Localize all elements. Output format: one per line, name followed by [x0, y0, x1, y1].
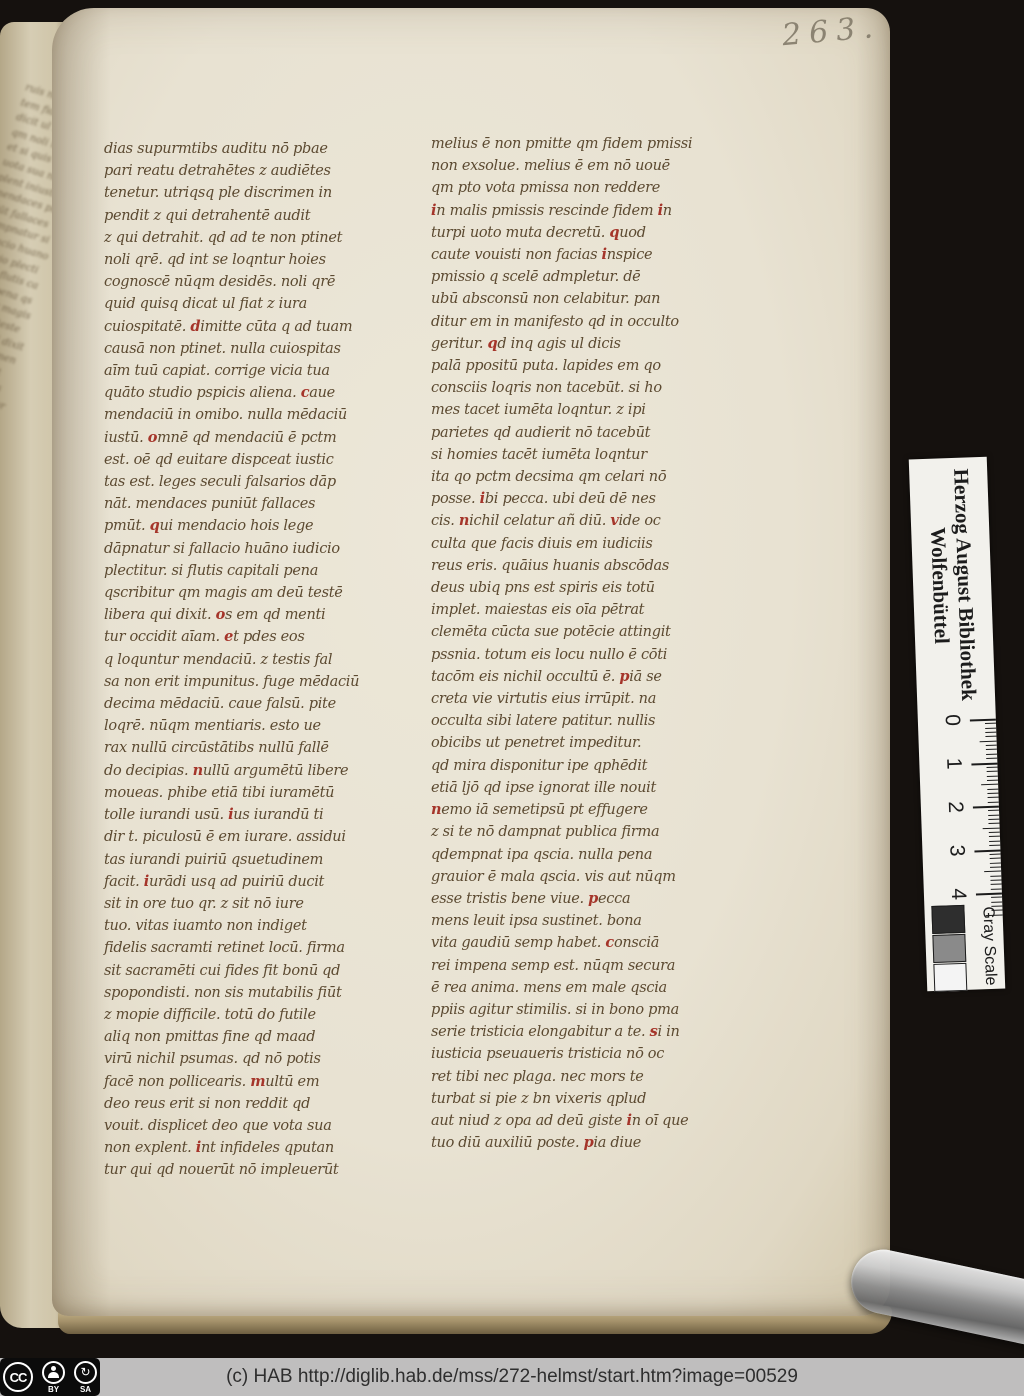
manuscript-line: dias supurmtibs auditu nō pbae	[104, 138, 404, 160]
manuscript-line: geritur. qd inq agis ul dicis	[431, 333, 757, 355]
cc-sa: ↻ SA	[74, 1361, 97, 1394]
ruler-tick	[987, 788, 998, 789]
manuscript-line: deo reus erit si non reddit qd	[104, 1093, 404, 1115]
rubricated-initial: m	[250, 1073, 265, 1090]
manuscript-line: sit in ore tuo qr. z sit nō iure	[104, 893, 404, 915]
manuscript-line: pendit z qui detrahentē audit	[104, 205, 404, 227]
manuscript-line: etiā ljō qd ipse ignorat ille nouit	[431, 777, 757, 799]
manuscript-line: tuo. vitas iuamto non indiget	[104, 915, 404, 937]
ruler-tick	[987, 793, 998, 794]
manuscript-line: tur occidit aīam. et pdes eos	[104, 626, 404, 648]
cc-logo: CC	[3, 1362, 33, 1392]
manuscript-line: rei impena semp est. nūqm secura	[431, 955, 757, 977]
manuscript-line: mes tacet iumēta loqntur. z ipi	[431, 399, 757, 421]
cc-by-person-icon	[42, 1361, 65, 1384]
rubricated-initial: i	[196, 1139, 201, 1156]
manuscript-line: palā ppositū puta. lapides em qo	[431, 355, 757, 377]
ruler-tick	[990, 862, 1001, 863]
rubricated-initial: i	[431, 202, 436, 219]
gray-scale-swatch	[932, 934, 966, 963]
manuscript-line: z qui detrahit. qd ad te non ptinet	[104, 227, 404, 249]
cc-by: BY	[42, 1361, 65, 1394]
ruler-tick	[986, 745, 997, 746]
rubricated-initial: i	[626, 1112, 631, 1129]
ruler-tick	[970, 719, 996, 722]
manuscript-line: nāt. mendaces puniūt fallaces	[104, 493, 404, 515]
manuscript-line: parietes qd audierit nō tacebūt	[431, 422, 757, 444]
manuscript-line: causā non ptinet. nulla cuiospitas	[104, 338, 404, 360]
ruler-tick	[988, 819, 999, 820]
manuscript-line: z si te nō dampnat publica firma	[431, 821, 757, 843]
manuscript-line: loqrē. nūqm mentiaris. esto ue	[104, 715, 404, 737]
ruler-tick	[989, 832, 1000, 833]
manuscript-line: aut niud z opa ad deū giste in oī que	[431, 1110, 757, 1132]
manuscript-line: plectitur. si flutis capitali pena	[104, 560, 404, 582]
rubricated-initial: n	[431, 801, 441, 818]
rubricated-initial: i	[228, 806, 233, 823]
page-holder-clip	[845, 1244, 1024, 1350]
manuscript-line: clemēta cūcta sue potēcie attingit	[431, 621, 757, 643]
manuscript-line: sa non erit impunitus. fuge mēdaciū	[104, 671, 404, 693]
manuscript-line: fidelis sacramti retinet locū. firma	[104, 937, 404, 959]
cm-ruler-scale: 01234	[918, 711, 1003, 906]
manuscript-line: do decipias. nullū argumētū libere	[104, 760, 404, 782]
ruler-tick	[973, 806, 999, 809]
ruler-tick	[976, 893, 1002, 896]
ruler-tick	[987, 775, 998, 776]
manuscript-line: ita qo pctm decsima qm celari nō	[431, 466, 757, 488]
rubricated-initial: e	[224, 628, 233, 645]
manuscript-line: est. oē qd euitare dispceat iustic	[104, 449, 404, 471]
ruler-tick	[987, 766, 998, 767]
manuscript-line: culta que facis diuis em iudiciis	[431, 533, 757, 555]
gray-scale-swatch	[931, 905, 965, 934]
ruler-tick	[980, 740, 997, 742]
manuscript-line: implet. maiestas eis oīa pētrat	[431, 599, 757, 621]
gray-scale-swatches	[931, 905, 967, 993]
ruler-tick	[985, 736, 996, 737]
ruler-tick	[989, 845, 1000, 846]
manuscript-line: occulta sibi latere patitur. nullis	[431, 710, 757, 732]
ruler-tick	[971, 762, 997, 765]
manuscript-line: cuiospitatē. dimitte cūta q ad tuam	[104, 316, 404, 338]
ruler-tick	[990, 866, 1001, 867]
rubricated-initial: v	[610, 512, 618, 529]
manuscript-line: decima mēdaciū. caue falsū. pite	[104, 693, 404, 715]
manuscript-line: facit. iurādi usq ad puiriū ducit	[104, 871, 404, 893]
manuscript-line: posse. ibi pecca. ubi deū dē nes	[431, 488, 757, 510]
manuscript-line: in malis pmissis rescinde fidem in	[431, 200, 757, 222]
ruler-tick	[989, 836, 1000, 837]
ruler-tick	[990, 858, 1001, 859]
manuscript-line: qdempnat ipa qscia. nulla pena	[431, 844, 757, 866]
rubricated-initial: p	[588, 890, 598, 907]
ruler-tick	[985, 723, 996, 724]
ruler-number: 1	[941, 751, 966, 776]
rubricated-initial: n	[193, 762, 203, 779]
ruler-number: 0	[939, 708, 964, 733]
manuscript-line: tolle iurandi usū. ius iurandū ti	[104, 804, 404, 826]
manuscript-line: creta vie virtutis eius irrūpit. na	[431, 688, 757, 710]
manuscript-line: vouit. displicet deo que vota sua	[104, 1115, 404, 1137]
credit-text: (c) HAB http://diglib.hab.de/mss/272-hel…	[0, 1358, 1024, 1396]
manuscript-line: caute vouisti non facias inspice	[431, 244, 757, 266]
ruler-number: 3	[944, 838, 969, 863]
manuscript-line: quāto studio pspicis aliena. caue	[104, 382, 404, 404]
rubricated-initial: n	[459, 512, 469, 529]
manuscript-line: iusticia pseuaueris tristicia nō oc	[431, 1043, 757, 1065]
rubricated-initial: q	[609, 224, 619, 241]
manuscript-line: z mopie difficile. totū do futile	[104, 1004, 404, 1026]
manuscript-line: sit sacramēti cui fides fit bonū qd	[104, 960, 404, 982]
ruler-tick	[991, 897, 1002, 898]
manuscript-line: cognoscē nūqm desidēs. noli qrē	[104, 271, 404, 293]
manuscript-line: aīm tuū capiat. corrige vicia tua	[104, 360, 404, 382]
ruler-number: 2	[942, 795, 967, 820]
ruler-tick	[990, 879, 1001, 880]
cc-sa-label: SA	[80, 1385, 91, 1394]
manuscript-line: non exsolue. melius ē em nō uouē	[431, 155, 757, 177]
manuscript-line: deus ubiq pns est spiris eis totū	[431, 577, 757, 599]
ruler-tick	[986, 749, 997, 750]
manuscript-column-right: melius ē non pmitte qm fidem pmissinon e…	[431, 133, 757, 1154]
manuscript-line: pmissio q scelē admpletur. dē	[431, 266, 757, 288]
rubricated-initial: o	[148, 429, 157, 446]
cc-license-badge: CC BY ↻ SA	[0, 1358, 100, 1396]
rubricated-initial: i	[602, 246, 607, 263]
footer-bar: (c) HAB http://diglib.hab.de/mss/272-hel…	[0, 1358, 1024, 1396]
manuscript-line: serie tristicia elongabitur a te. si in	[431, 1021, 757, 1043]
manuscript-line: mens leuit ipsa sustinet. bona	[431, 910, 757, 932]
manuscript-line: mendaciū in omibo. nulla mēdaciū	[104, 404, 404, 426]
manuscript-line: tenetur. utriqsq ple discrimen in	[104, 182, 404, 204]
rubricated-initial: c	[605, 934, 614, 951]
manuscript-line: turpi uoto muta decretū. quod	[431, 222, 757, 244]
manuscript-line: pari reatu detrahētes z audiētes	[104, 160, 404, 182]
manuscript-line: virū nichil psumas. qd nō potis	[104, 1048, 404, 1070]
rubricated-initial: c	[301, 384, 310, 401]
ruler-tick	[989, 840, 1000, 841]
rubricated-initial: d	[190, 318, 200, 335]
rubricated-initial: o	[216, 606, 225, 623]
gray-scale-swatch	[933, 963, 967, 992]
manuscript-line: noli qrē. qd int se loqntur hoies	[104, 249, 404, 271]
ruler-tick	[986, 758, 997, 759]
library-name: Herzog August Bibliothek Wolfenbüttel	[909, 457, 996, 714]
manuscript-line: iustū. omnē qd mendaciū ē pctm	[104, 427, 404, 449]
manuscript-line: pssnia. totum eis locu nullo ē cōti	[431, 644, 757, 666]
ruler-tick	[990, 853, 1001, 854]
ruler-tick	[988, 810, 999, 811]
ruler-tick	[988, 801, 999, 802]
manuscript-line: pmūt. qui mendacio hois lege	[104, 515, 404, 537]
manuscript-line: q loquntur mendaciū. z testis fal	[104, 649, 404, 671]
manuscript-line: cis. nichil celatur añ diū. vide oc	[431, 510, 757, 532]
manuscript-line: dir t. piculosū ē em iurare. assidui	[104, 826, 404, 848]
manuscript-line: rax nullū circūstātibs nullū fallē	[104, 737, 404, 759]
manuscript-line: tacōm eis nichil occultū ē. piā se	[431, 666, 757, 688]
rubricated-initial: p	[584, 1134, 594, 1151]
manuscript-line: tas est. leges seculi falsarios dāp	[104, 471, 404, 493]
manuscript-line: tur qui qd nouerūt nō impleuerūt	[104, 1159, 404, 1181]
manuscript-line: si homies tacēt iumēta loqntur	[431, 444, 757, 466]
manuscript-line: dāpnatur si fallacio huāno iudicio	[104, 538, 404, 560]
manuscript-line: spopondisti. non sis mutabilis fiūt	[104, 982, 404, 1004]
manuscript-line: tas iurandi puiriū qsuetudinem	[104, 849, 404, 871]
cc-sa-arrow-icon: ↻	[74, 1361, 97, 1384]
ruler-tick	[991, 888, 1002, 889]
manuscript-line: ubū absconsū non celabitur. pan	[431, 288, 757, 310]
manuscript-line: facē non pollicearis. multū em	[104, 1071, 404, 1093]
manuscript-line: grauior ē mala qscia. vis aut nūqm	[431, 866, 757, 888]
manuscript-line: consciis loqris non tacebūt. si ho	[431, 377, 757, 399]
ruler-tick	[985, 727, 996, 728]
manuscript-line: nemo iā semetipsū pt effugere	[431, 799, 757, 821]
manuscript-line: libera qui dixit. os em qd menti	[104, 604, 404, 626]
manuscript-line: turbat si pie z bn vixeris qplud	[431, 1088, 757, 1110]
manuscript-line: ret tibi nec plaga. nec mors te	[431, 1066, 757, 1088]
ruler-tick	[987, 771, 998, 772]
manuscript-line: ppiis agitur stimilis. si in bono pma	[431, 999, 757, 1021]
manuscript-column-left: dias supurmtibs auditu nō pbaepari reatu…	[104, 138, 404, 1182]
ruler-tick	[987, 779, 998, 780]
manuscript-line: ē rea anima. mens em male qscia	[431, 977, 757, 999]
ruler-tick	[983, 827, 1000, 829]
manuscript-line: aliq non pmittas fine qd maad	[104, 1026, 404, 1048]
ruler-tick	[988, 814, 999, 815]
ruler-tick	[985, 732, 996, 733]
manuscript-line: obicibs ut penetret impeditur.	[431, 732, 757, 754]
ruler-tick	[991, 884, 1002, 885]
rubricated-initial: i	[144, 873, 149, 890]
ruler-tick	[981, 784, 998, 786]
cc-logo-icon: CC	[3, 1362, 33, 1392]
rubricated-initial: i	[480, 490, 485, 507]
manuscript-line: qd mira disponitur ipe qphēdit	[431, 755, 757, 777]
rubricated-initial: i	[658, 202, 663, 219]
manuscript-line: reus eris. quāius huanis abscōdas	[431, 555, 757, 577]
rubricated-initial: q	[487, 335, 497, 352]
manuscript-line: vita gaudiū semp habet. consciā	[431, 932, 757, 954]
manuscript-line: melius ē non pmitte qm fidem pmissi	[431, 133, 757, 155]
ruler-tick	[988, 823, 999, 824]
library-ruler-strip: Herzog August Bibliothek Wolfenbüttel 01…	[909, 457, 1006, 991]
rubricated-initial: q	[150, 517, 160, 534]
manuscript-line: qm pto vota pmissa non reddere	[431, 177, 757, 199]
gray-scale-label: Gray Scale	[978, 903, 999, 990]
manuscript-line: non explent. int infideles qputan	[104, 1137, 404, 1159]
manuscript-line: tuo diū auxiliū poste. pia diue	[431, 1132, 757, 1154]
rubricated-initial: p	[619, 668, 629, 685]
manuscript-line: quid quisq dicat ul fiat z iura	[104, 293, 404, 315]
gray-scale-block: Gray Scale	[924, 903, 1005, 992]
ruler-tick	[986, 753, 997, 754]
ruler-tick	[990, 875, 1001, 876]
ruler-tick	[988, 797, 999, 798]
manuscript-line: moueas. phibe etiā tibi iuramētū	[104, 782, 404, 804]
manuscript-line: ditur em in manifesto qd in occulto	[431, 311, 757, 333]
ruler-tick	[974, 849, 1000, 852]
manuscript-line: esse tristis bene viue. pecca	[431, 888, 757, 910]
rubricated-initial: s	[650, 1023, 658, 1040]
manuscript-line: qscribitur qm magis am deū testē	[104, 582, 404, 604]
cc-by-label: BY	[48, 1385, 59, 1394]
ruler-tick	[984, 871, 1001, 873]
